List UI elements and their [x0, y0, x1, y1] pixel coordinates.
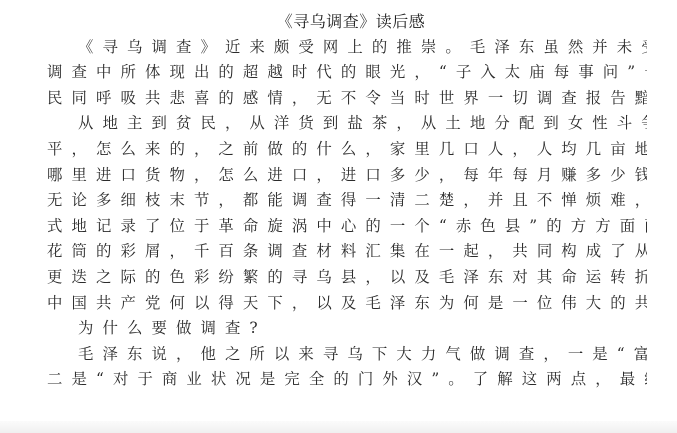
text-line: 为什么要做调查? — [47, 316, 647, 342]
text-line: 更迭之际的色彩纷繁的寻乌县，以及毛泽东对其命运转折的深邃洞察。从中我们可以看出 — [47, 265, 647, 291]
section-question: 为什么要做调查? — [47, 316, 647, 342]
text-line: 二是“对于商业状况是完全的门外汉”。了解这两点，最终的目的是为制定适合赣闽粤交 — [47, 367, 647, 393]
text-line: 哪里进口货物，怎么进口，进口多少，每年每月赚多少钱，怎么花销，有什么变化等等， — [47, 163, 647, 189]
text-line: 从地主到贫民，从洋货到盐茶，从土地分配到女性斗争，乃至于每一位被调查者的生 — [47, 111, 647, 137]
text-line: 式地记录了位于革命旋涡中心的一个“赤色县”的方方面面，每一条调查材料就像一片万 — [47, 214, 647, 240]
paragraph-intro: 《寻乌调查》近来颇受网上的推崇。毛泽东虽然并未受过严格的学术训练，但在这篇 调查… — [47, 35, 647, 112]
text-line: 中国共产党何以得天下，以及毛泽东为何是一位伟大的共产主义导师。 — [47, 291, 647, 317]
text-line: 调查中所体现出的超越时代的眼光，“子入太庙每事问”一样谦恭严谨的态度，与劳动人 — [47, 60, 647, 86]
paragraph-details: 从地主到贫民，从洋货到盐茶，从土地分配到女性斗争，乃至于每一位被调查者的生 平，… — [47, 111, 647, 316]
text-line: 民同呼吸共悲喜的感情，无不令当时世界一切调查报告黯然失色。 — [47, 86, 647, 112]
text-line: 平，怎么来的，之前做的什么，家里几口人，人均几亩地，家庭关系如何，性格怎样，从 — [47, 137, 647, 163]
text-line: 毛泽东说，他之所以来寻乌下大力气做调查，一是“富农问题还没有全般的了解”； — [47, 342, 647, 368]
text-line: 花筒的彩屑，千百条调查材料汇集在一起，共同构成了从毛泽东眼中看到的一个处于时代 — [47, 239, 647, 265]
text-line: 无论多细枝末节，都能调查得一清二楚，并且不惮烦难，一一列举。这篇文章几乎是全景 — [47, 188, 647, 214]
document-title: 《寻乌调查》读后感 — [47, 9, 647, 35]
document-page: 《寻乌调查》读后感 《寻乌调查》近来颇受网上的推崇。毛泽东虽然并未受过严格的学术… — [47, 9, 647, 393]
page-bottom-edge — [0, 421, 677, 433]
paragraph-reasons: 毛泽东说，他之所以来寻乌下大力气做调查，一是“富农问题还没有全般的了解”； 二是… — [47, 342, 647, 393]
text-line: 《寻乌调查》近来颇受网上的推崇。毛泽东虽然并未受过严格的学术训练，但在这篇 — [47, 35, 647, 61]
